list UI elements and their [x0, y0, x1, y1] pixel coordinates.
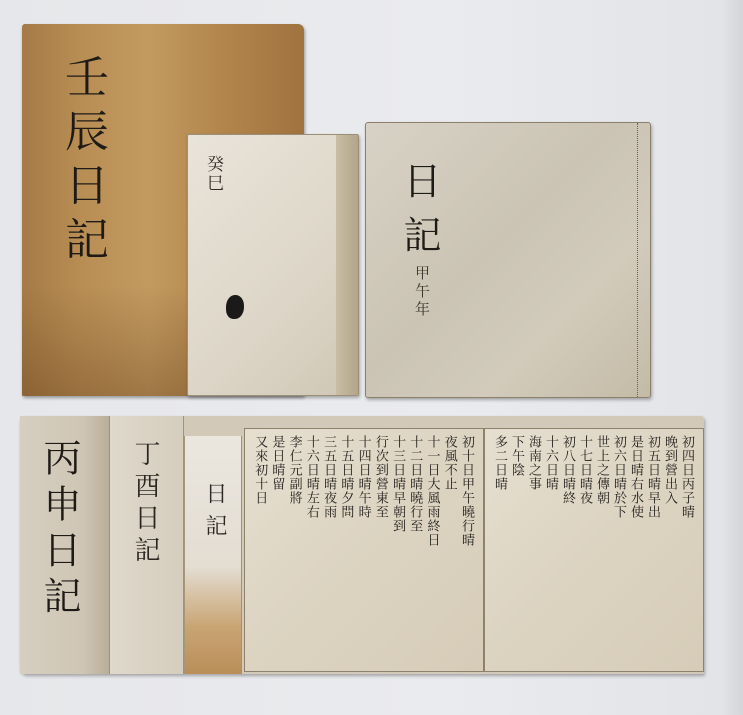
ink-stain	[226, 295, 244, 319]
jeongyu-diary-cover: 丁酉日記	[110, 416, 184, 674]
script-column: 十二日晴曉行至	[408, 435, 423, 663]
script-column: 晚到營出入	[663, 435, 678, 663]
open-page-right: 初四日丙子晴 晚到營出入 初五日晴早出 是日晴右水使 初六日晴於下 世上之傳朝 …	[484, 428, 704, 672]
gabo-diary-subtitle: 甲午年	[412, 265, 433, 319]
script-column: 十六日晴	[544, 435, 559, 663]
script-column: 是日晴留	[270, 435, 285, 663]
bottom-diary-row: 丙申日記 丁酉日記 日記 初十日甲午曉行晴 夜風不止 十一日大風雨終日 十二日晴…	[20, 416, 704, 674]
script-column: 夜風不止	[443, 435, 458, 663]
script-column: 李仁元副將	[287, 435, 302, 663]
script-column: 是日晴右水使	[629, 435, 644, 663]
imjin-diary-title: 壬辰日記	[60, 54, 104, 270]
script-column: 三五日晴夜雨	[322, 435, 337, 663]
gabo-diary-title: 日記	[400, 161, 438, 269]
open-page-left: 初十日甲午曉行晴 夜風不止 十一日大風雨終日 十二日晴曉行至 十三日晴早朝到 行…	[244, 428, 484, 672]
script-column: 初六日晴於下	[612, 435, 627, 663]
script-column: 下午陰	[510, 435, 525, 663]
script-column: 十一日大風雨終日	[425, 435, 440, 663]
script-column: 又來初十日	[253, 435, 268, 663]
script-column: 初五日晴早出	[646, 435, 661, 663]
script-column: 十三日晴早朝到	[391, 435, 406, 663]
script-column: 初十日甲午曉行晴	[460, 435, 475, 663]
script-column: 多二日晴	[493, 435, 508, 663]
script-column: 行次到營東至	[374, 435, 389, 663]
script-column: 十六日晴左右	[305, 435, 320, 663]
script-column: 世上之傳朝	[595, 435, 610, 663]
gyesa-diary-cover: 癸巳	[187, 134, 359, 396]
script-column: 初八日晴終	[561, 435, 576, 663]
script-column: 海南之事	[527, 435, 542, 663]
jeongyu-diary-title: 丁酉日記	[132, 440, 158, 568]
gyesa-diary-title: 癸巳	[204, 155, 221, 193]
small-diary-title: 日記	[203, 482, 225, 546]
byeongsin-diary-title: 丙申日記	[40, 438, 78, 622]
script-column: 十四日晴午時	[356, 435, 371, 663]
binding-stitch	[637, 123, 638, 397]
script-column: 初四日丙子晴	[680, 435, 695, 663]
small-diary-cover: 日記	[184, 436, 242, 674]
script-column: 十七日晴夜	[578, 435, 593, 663]
gabo-diary-cover: 日記 甲午年	[365, 122, 651, 398]
script-column: 十五日晴夕問	[339, 435, 354, 663]
byeongsin-diary-cover: 丙申日記	[20, 416, 110, 674]
gyesa-spine	[336, 135, 358, 395]
